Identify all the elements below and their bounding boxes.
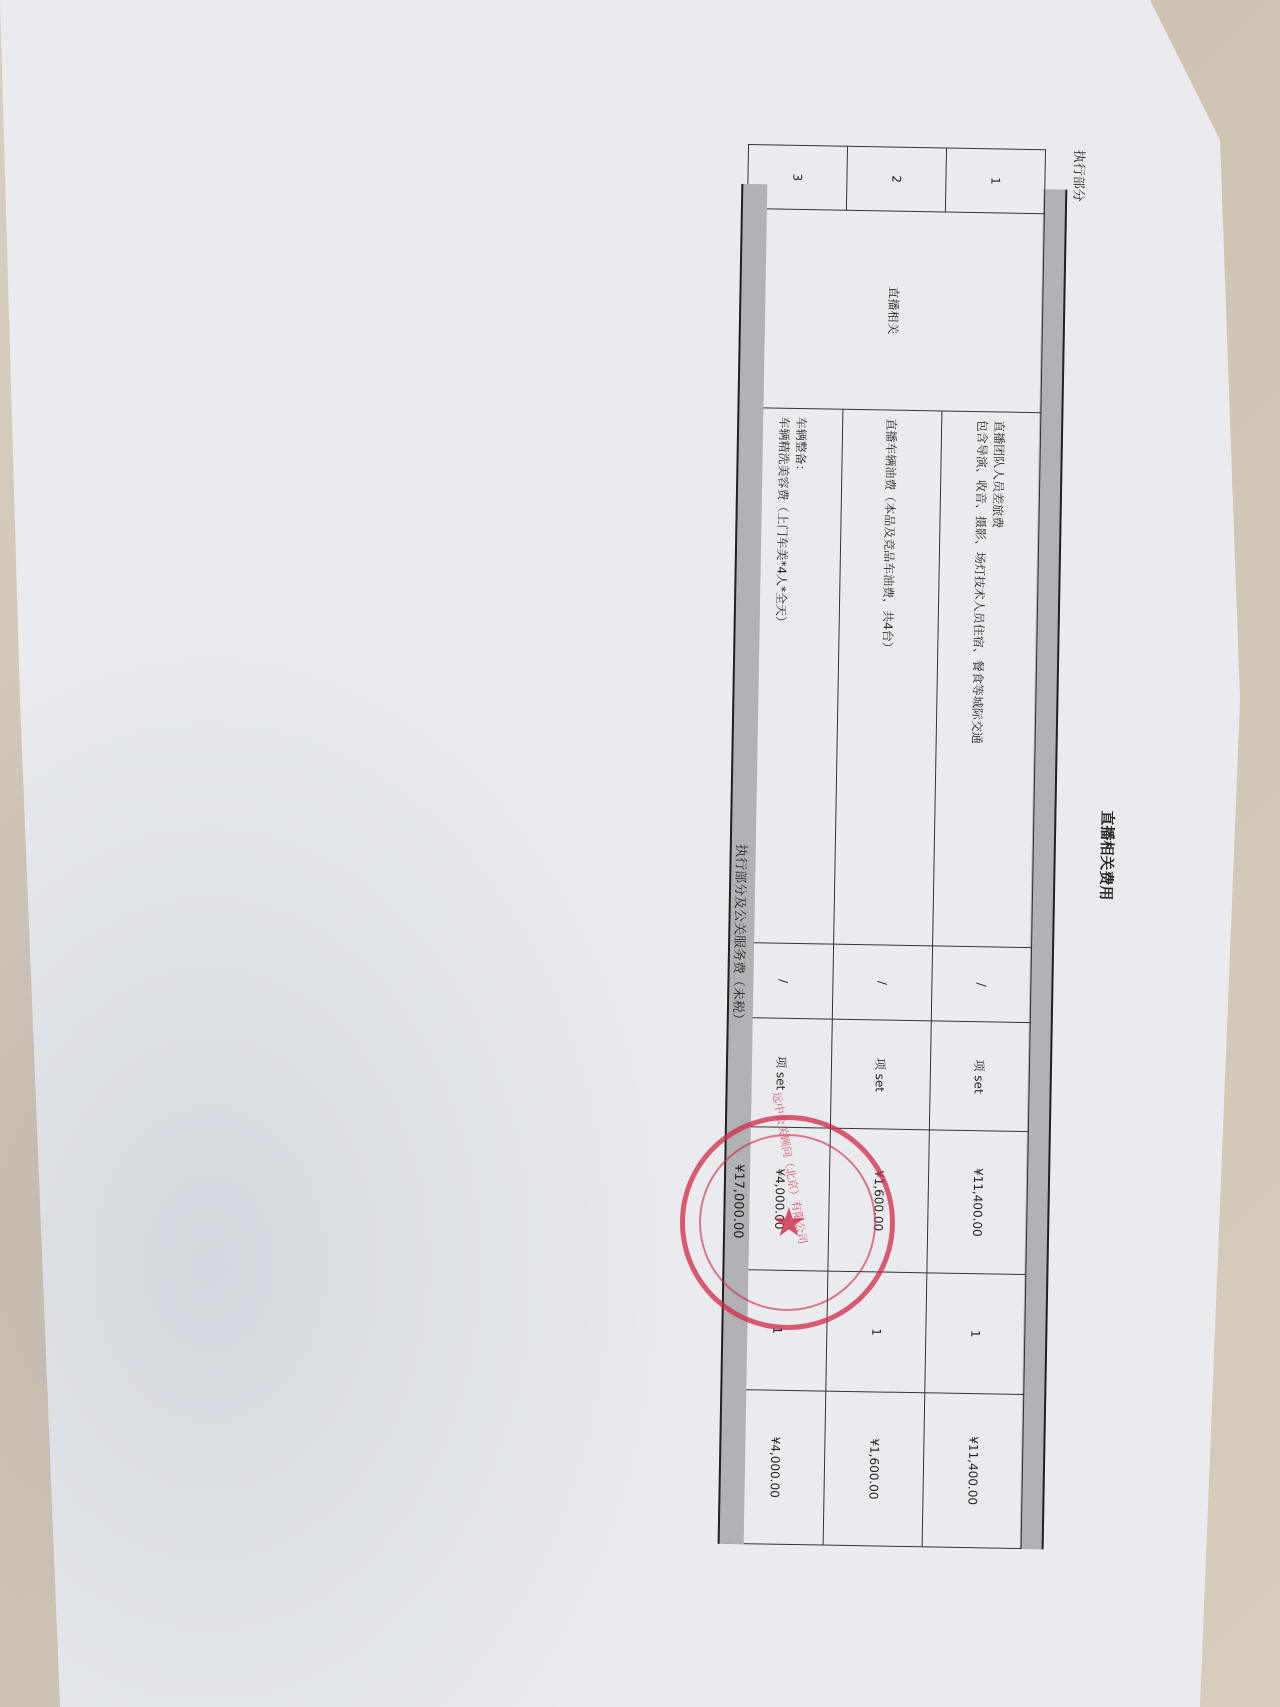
row-no: 2	[846, 146, 946, 212]
shadow	[0, 600, 700, 1707]
row-description: 直播车辆油费（本品及竞品车油费，共4台）	[834, 409, 942, 946]
row-no: 1	[945, 148, 1045, 214]
row-unit: 项 set	[830, 1020, 931, 1131]
row-unit: 项 set	[929, 1021, 1030, 1132]
row-unit-price: ¥11,400.00	[927, 1130, 1028, 1274]
row-qty: 1	[925, 1273, 1026, 1395]
row-total: ¥11,400.00	[922, 1393, 1024, 1549]
company-seal: ★ 远中公关顾问（北京）有限公司	[680, 1115, 895, 1330]
row-slash: /	[931, 946, 1031, 1023]
row-slash: /	[832, 944, 932, 1021]
footer-label: 执行部分及公关服务费（未税）	[730, 844, 752, 1026]
row-total: ¥1,600.00	[823, 1391, 925, 1547]
fee-table: 1 直播相关 直播团队人员差旅费 包含导演、收音、摄影、场灯技术人员住宿、餐食等…	[724, 144, 1046, 1549]
fee-document: 直播相关费用 执行部分 1 直播相关 直播团队人员差旅费 包含导演、收音、摄影、…	[765, 145, 1090, 1610]
row-description: 直播团队人员差旅费 包含导演、收音、摄影、场灯技术人员住宿、餐食等城际交通	[933, 411, 1041, 948]
document-title: 直播相关费用	[1096, 810, 1119, 900]
row-category: 直播相关	[744, 209, 1044, 413]
